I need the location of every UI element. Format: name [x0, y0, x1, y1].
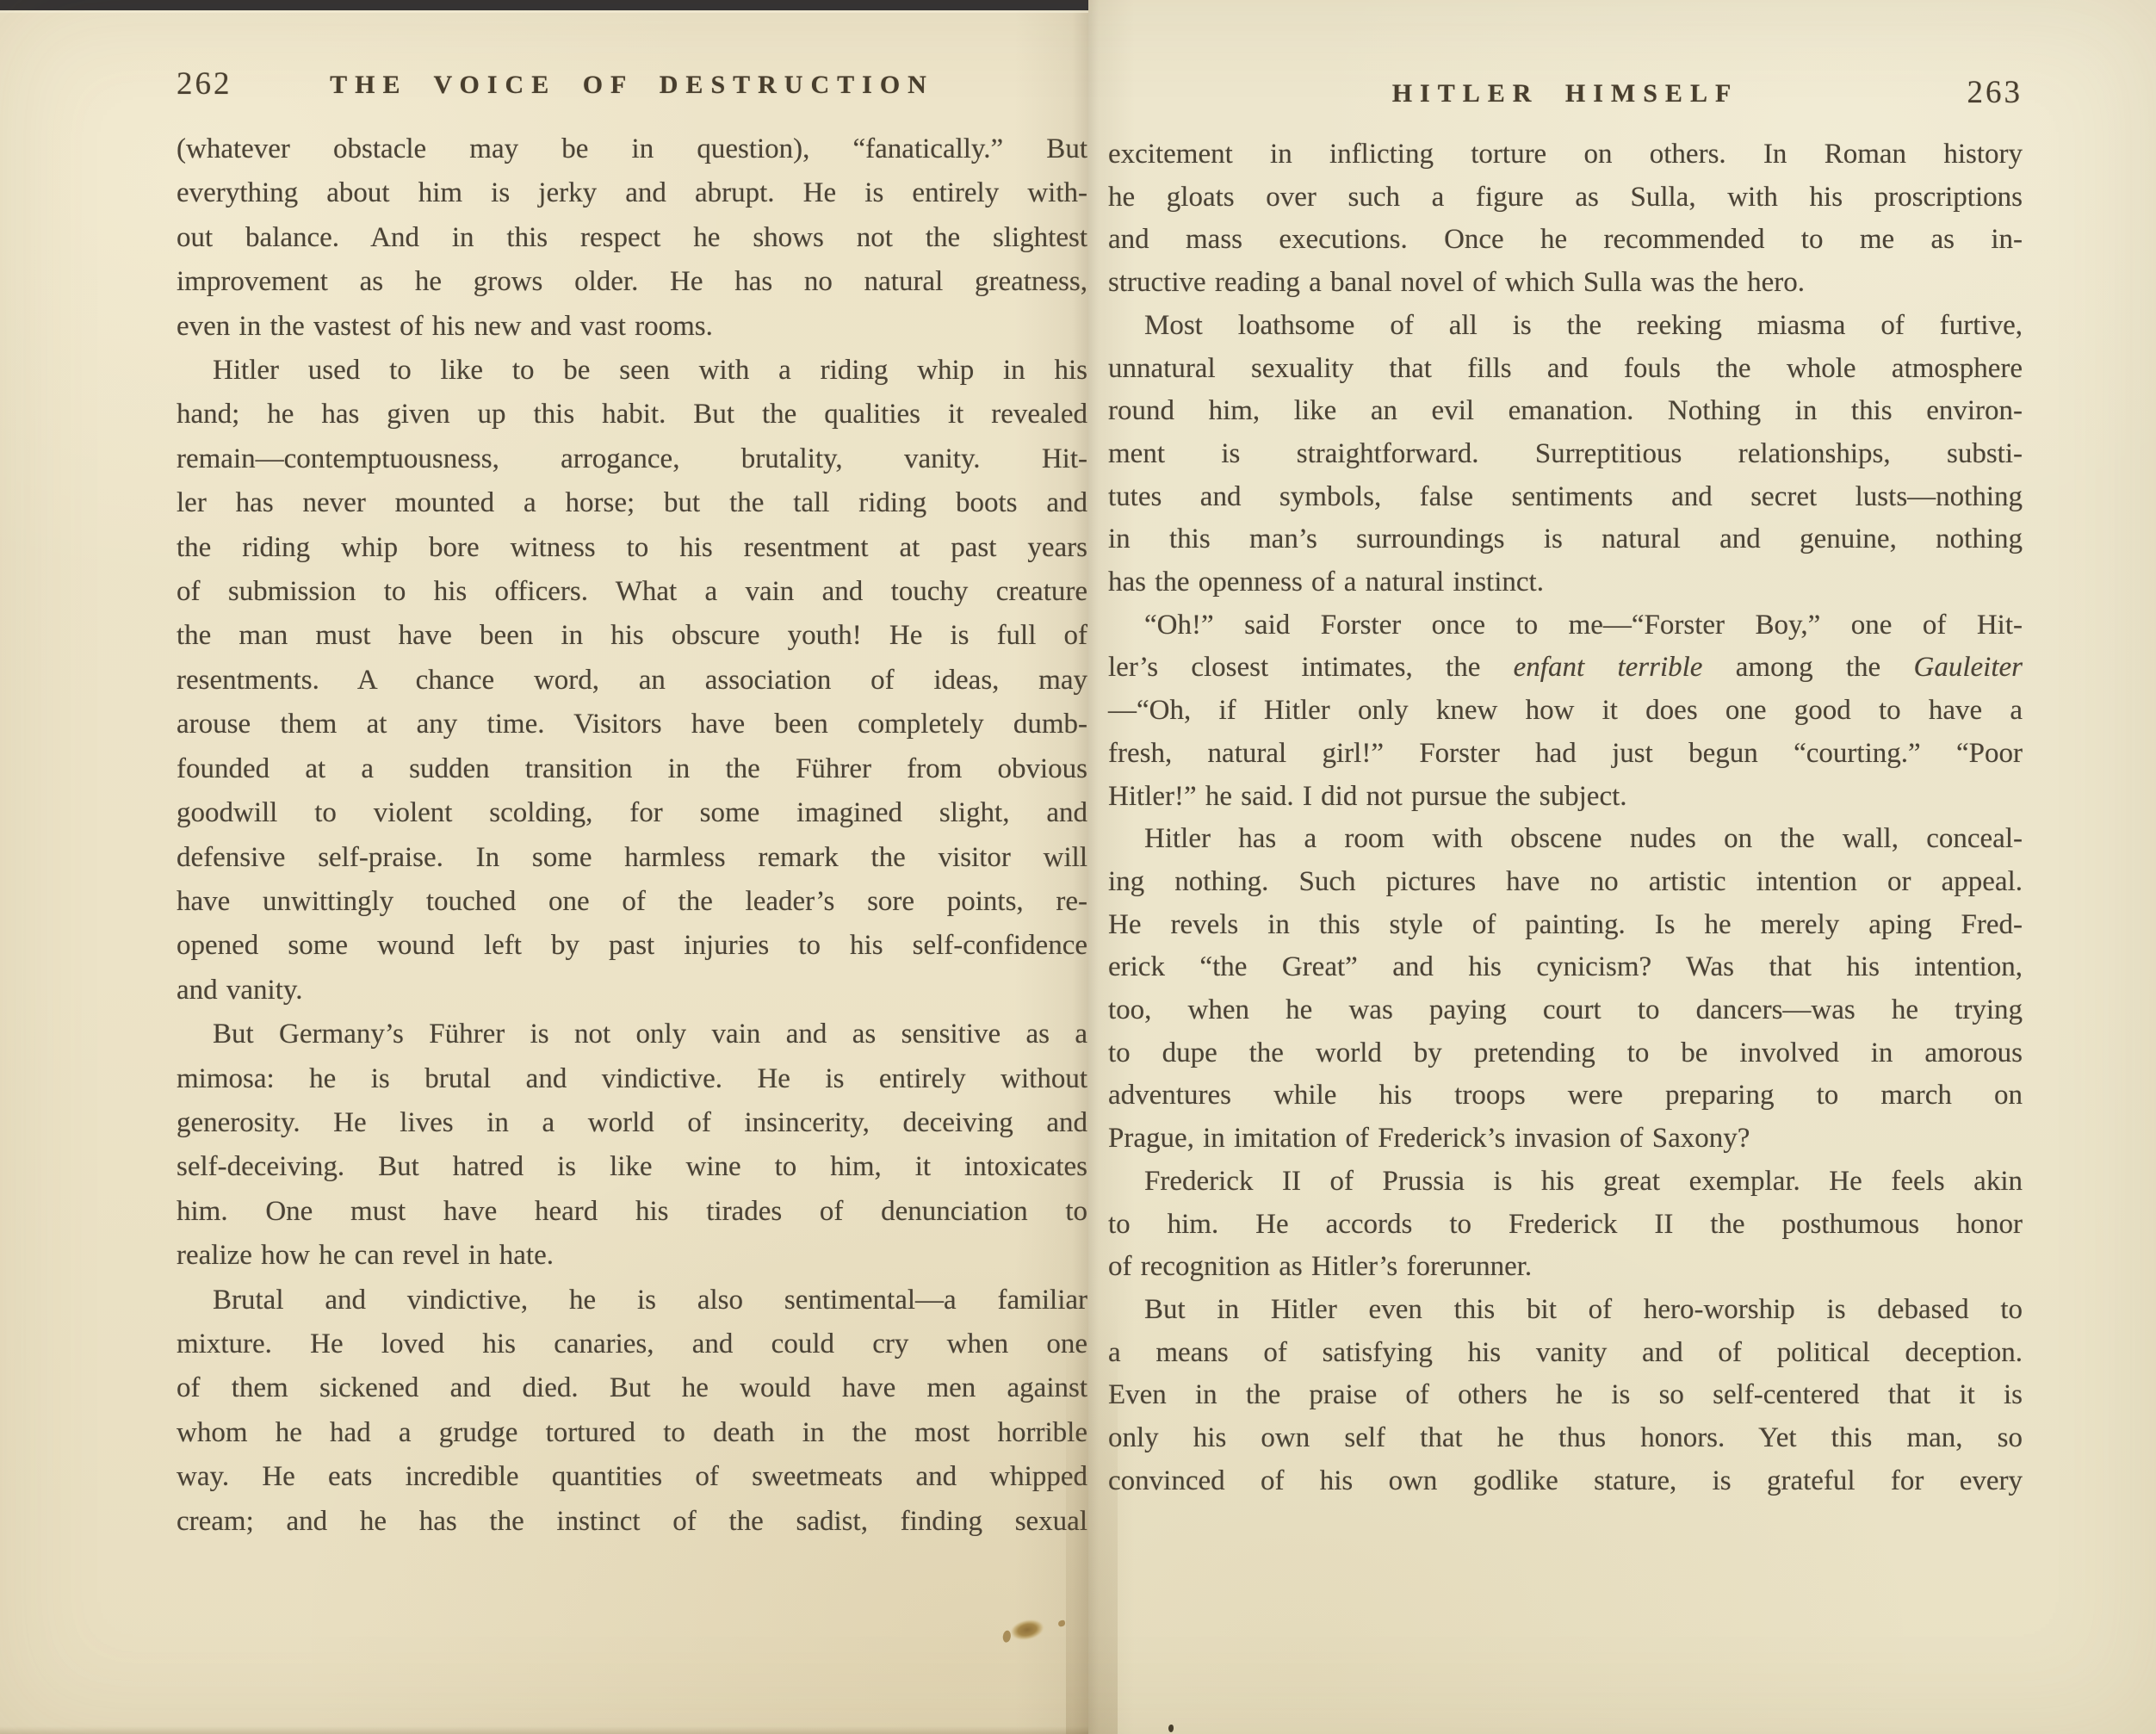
text-line: ing nothing. Such pictures have no artis…: [1108, 861, 2023, 904]
text-line: defensive self-praise. In some harmless …: [177, 836, 1087, 880]
text-line: of submission to his officers. What a va…: [177, 570, 1087, 614]
text-line: ment is straightforward. Surreptitious r…: [1108, 433, 2023, 476]
text-line: He revels in this style of painting. Is …: [1108, 904, 2023, 947]
text-line: the man must have been in his obscure yo…: [177, 614, 1087, 658]
text-line: improvement as he grows older. He has no…: [177, 260, 1087, 304]
ink-smudge-stain: [1005, 1613, 1055, 1649]
running-head-left: THE VOICE OF DESTRUCTION: [177, 71, 1087, 100]
ink-speck: [1168, 1725, 1174, 1732]
text-line: cream; and he has the instinct of the sa…: [177, 1500, 1087, 1544]
paragraph: But Germany’s Führer is not only vain an…: [177, 1013, 1087, 1278]
text-line: of recognition as Hitler’s forerunner.: [1108, 1246, 2023, 1289]
text-line: (whatever obstacle may be in question), …: [177, 127, 1087, 171]
text-line: out balance. And in this respect he show…: [177, 216, 1087, 260]
text-line: him. One must have heard his tirades of …: [177, 1190, 1087, 1234]
text-line: hand; he has given up this habit. But th…: [177, 393, 1087, 437]
text-line: excitement in inflicting torture on othe…: [1108, 133, 2023, 176]
text-line: —“Oh, if Hitler only knew how it does on…: [1108, 690, 2023, 733]
text-line: Frederick II of Prussia is his great exe…: [1108, 1161, 2023, 1204]
text-line: ler has never mounted a horse; but the t…: [177, 481, 1087, 525]
text-line: fresh, natural girl!” Forster had just b…: [1108, 733, 2023, 776]
text-line: he gloats over such a figure as Sulla, w…: [1108, 176, 2023, 220]
text-line: to dupe the world by pretending to be in…: [1108, 1032, 2023, 1075]
paragraph: But in Hitler even this bit of hero-wors…: [1108, 1289, 2023, 1503]
text-line: too, when he was paying court to dancers…: [1108, 989, 2023, 1032]
text-line: resentments. A chance word, an associati…: [177, 659, 1087, 703]
text-line: founded at a sudden transition in the Fü…: [177, 747, 1087, 791]
text-line: of them sickened and died. But he would …: [177, 1366, 1087, 1410]
text-line: to him. He accords to Frederick II the p…: [1108, 1204, 2023, 1247]
text-line: self-deceiving. But hatred is like wine …: [177, 1145, 1087, 1189]
page-number-left: 262: [177, 65, 232, 102]
text-line: erick “the Great” and his cynicism? Was …: [1108, 946, 2023, 989]
text-line: whom he had a grudge tortured to death i…: [177, 1411, 1087, 1455]
text-line: have unwittingly touched one of the lead…: [177, 880, 1087, 924]
text-line: Prague, in imitation of Frederick’s inva…: [1108, 1118, 2023, 1161]
text-line: unnatural sexuality that fills and fouls…: [1108, 348, 2023, 391]
running-head-right: HITLER HIMSELF: [1108, 79, 2023, 108]
paragraph: Hitler has a room with obscene nudes on …: [1108, 818, 2023, 1161]
paragraph: Brutal and vindictive, he is also sentim…: [177, 1279, 1087, 1544]
text-line: Hitler used to like to be seen with a ri…: [177, 349, 1087, 393]
text-line: round him, like an evil emanation. Nothi…: [1108, 390, 2023, 433]
text-line: and mass executions. Once he recommended…: [1108, 219, 2023, 262]
scan-top-edge: [0, 0, 1088, 10]
left-text-column: (whatever obstacle may be in question), …: [177, 127, 1087, 1544]
text-line: goodwill to violent scolding, for some i…: [177, 791, 1087, 835]
text-line: Most loathsome of all is the reeking mia…: [1108, 305, 2023, 348]
text-line: mixture. He loved his canaries, and coul…: [177, 1322, 1087, 1366]
book-scan: 262 THE VOICE OF DESTRUCTION (whatever o…: [0, 0, 2156, 1734]
text-line: realize how he can revel in hate.: [177, 1234, 1087, 1278]
text-line: and vanity.: [177, 969, 1087, 1013]
paragraph: excitement in inflicting torture on othe…: [1108, 133, 2023, 305]
text-line: way. He eats incredible quantities of sw…: [177, 1455, 1087, 1499]
text-line: everything about him is jerky and abrupt…: [177, 171, 1087, 215]
text-line: the riding whip bore witness to his rese…: [177, 526, 1087, 570]
text-line: tutes and symbols, false sentiments and …: [1108, 476, 2023, 519]
text-line: convinced of his own godlike stature, is…: [1108, 1460, 2023, 1503]
page-right: HITLER HIMSELF 263 excitement in inflict…: [1088, 0, 2156, 1734]
paragraph: Frederick II of Prussia is his great exe…: [1108, 1161, 2023, 1289]
text-line: has the openness of a natural instinct.: [1108, 561, 2023, 604]
paragraph: Hitler used to like to be seen with a ri…: [177, 349, 1087, 1013]
left-header-row: 262 THE VOICE OF DESTRUCTION: [177, 71, 1087, 108]
text-line: arouse them at any time. Visitors have b…: [177, 703, 1087, 746]
right-text-column: excitement in inflicting torture on othe…: [1108, 133, 2023, 1503]
text-line: But in Hitler even this bit of hero-wors…: [1108, 1289, 2023, 1332]
text-line: mimosa: he is brutal and vindictive. He …: [177, 1057, 1087, 1101]
page-left: 262 THE VOICE OF DESTRUCTION (whatever o…: [0, 0, 1088, 1734]
text-line: Hitler!” he said. I did not pursue the s…: [1108, 776, 2023, 819]
text-line: Brutal and vindictive, he is also sentim…: [177, 1279, 1087, 1322]
paragraph: Most loathsome of all is the reeking mia…: [1108, 305, 2023, 604]
paragraph: “Oh!” said Forster once to me—“Forster B…: [1108, 604, 2023, 819]
text-line: adventures while his troops were prepari…: [1108, 1074, 2023, 1118]
text-line: opened some wound left by past injuries …: [177, 924, 1087, 968]
text-line: structive reading a banal novel of which…: [1108, 262, 2023, 305]
text-line: Even in the praise of others he is so se…: [1108, 1374, 2023, 1417]
text-line: “Oh!” said Forster once to me—“Forster B…: [1108, 604, 2023, 647]
paragraph: (whatever obstacle may be in question), …: [177, 127, 1087, 349]
text-line: a means of satisfying his vanity and of …: [1108, 1332, 2023, 1375]
text-line: Hitler has a room with obscene nudes on …: [1108, 818, 2023, 861]
text-line: only his own self that he thus honors. Y…: [1108, 1417, 2023, 1460]
text-line: even in the vastest of his new and vast …: [177, 305, 1087, 349]
right-header-row: HITLER HIMSELF 263: [1108, 79, 2023, 117]
text-line: But Germany’s Führer is not only vain an…: [177, 1013, 1087, 1056]
page-number-right: 263: [1967, 74, 2023, 111]
text-line: ler’s closest intimates, the enfant terr…: [1108, 647, 2023, 690]
text-line: remain—contemptuousness, arrogance, brut…: [177, 437, 1087, 481]
text-line: generosity. He lives in a world of insin…: [177, 1101, 1087, 1145]
text-line: in this man’s surroundings is natural an…: [1108, 518, 2023, 561]
